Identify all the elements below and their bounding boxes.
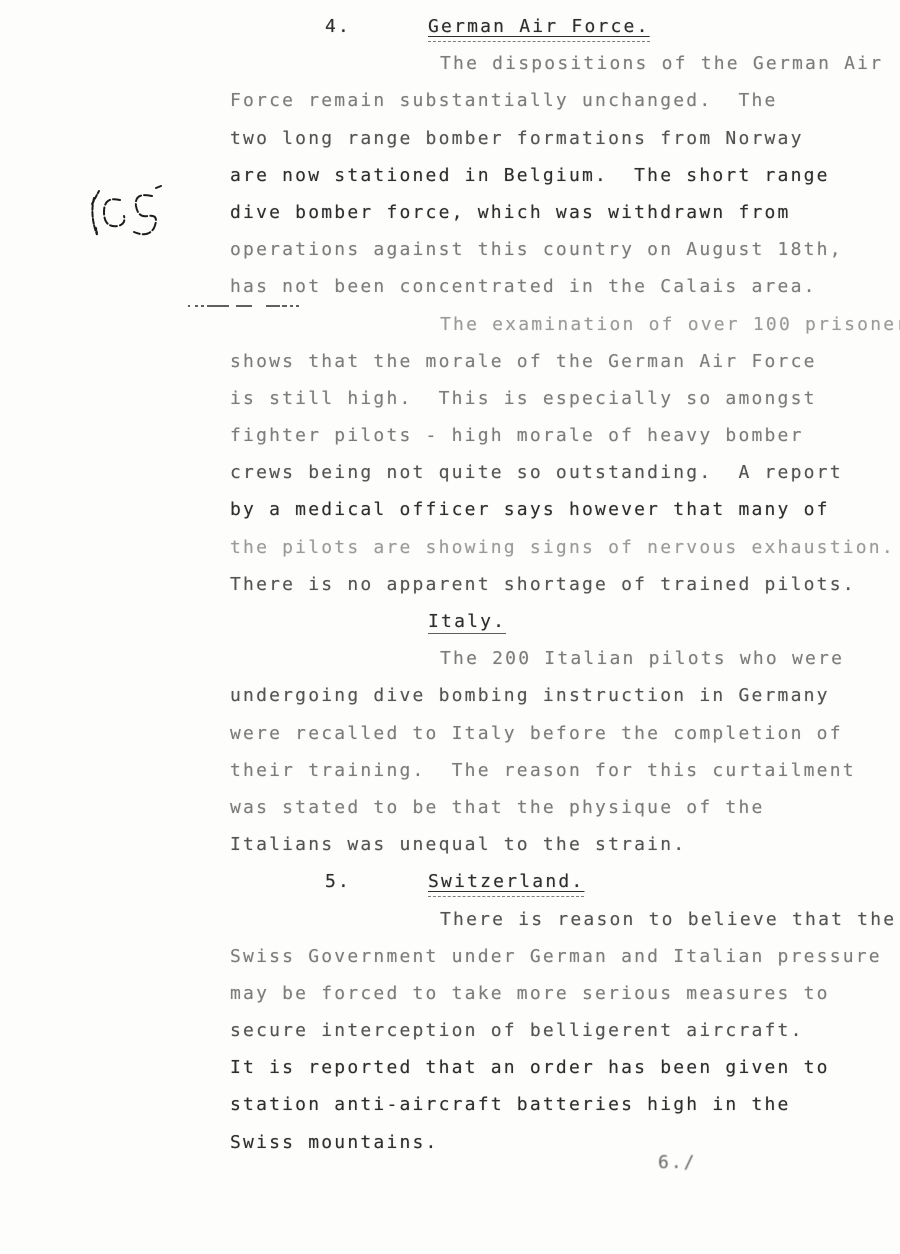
typed-line: are now stationed in Belgium. The short … [230, 165, 890, 202]
section-number: 4. [325, 16, 351, 37]
typed-line: may be forced to take more serious measu… [230, 983, 890, 1020]
typed-line: dive bomber force, which was withdrawn f… [230, 202, 890, 239]
typed-line: The dispositions of the German Air [230, 53, 890, 90]
typed-line: undergoing dive bombing instruction in G… [230, 685, 890, 722]
typed-line: Swiss Government under German and Italia… [230, 946, 890, 983]
typed-line: by a medical officer says however that m… [230, 499, 890, 536]
typed-line: two long range bomber formations from No… [230, 128, 890, 165]
typed-text-block: 4. German Air Force. The dispositions of… [230, 16, 890, 1169]
typed-line: crews being not quite so outstanding. A … [230, 462, 890, 499]
typed-line: Italians was unequal to the strain. [230, 834, 890, 871]
section-title: Switzerland. [428, 871, 584, 897]
section-heading-german-air-force: 4. German Air Force. [230, 16, 890, 53]
typed-line: The 200 Italian pilots who were [230, 648, 890, 685]
section-number: 5. [325, 871, 351, 892]
typed-line: fighter pilots - high morale of heavy bo… [230, 425, 890, 462]
section-heading-italy: Italy. [230, 611, 890, 648]
typed-line: Swiss mountains. [230, 1132, 890, 1169]
typed-line: the pilots are showing signs of nervous … [230, 537, 890, 574]
typed-line: has not been concentrated in the Calais … [230, 276, 890, 313]
typed-line: There is no apparent shortage of trained… [230, 574, 890, 611]
typed-line: secure interception of belligerent aircr… [230, 1020, 890, 1057]
typed-line: Force remain substantially unchanged. Th… [230, 90, 890, 127]
typed-line: operations against this country on Augus… [230, 239, 890, 276]
typed-line: their training. The reason for this curt… [230, 760, 890, 797]
typed-line: shows that the morale of the German Air … [230, 351, 890, 388]
page-catchword: 6./ [658, 1152, 697, 1173]
typed-line: is still high. This is especially so amo… [230, 388, 890, 425]
section-title: Italy. [428, 611, 506, 634]
typed-line: was stated to be that the physique of th… [230, 797, 890, 834]
typed-line: It is reported that an order has been gi… [230, 1057, 890, 1094]
typed-line: were recalled to Italy before the comple… [230, 723, 890, 760]
typed-line: The examination of over 100 prisoners [230, 314, 890, 351]
typed-line: There is reason to believe that the [230, 909, 890, 946]
handwritten-initials-icon [86, 184, 194, 246]
section-title: German Air Force. [428, 16, 650, 42]
typed-line: station anti-aircraft batteries high in … [230, 1094, 890, 1131]
scanned-document-page: 4. German Air Force. The dispositions of… [0, 0, 900, 1254]
section-heading-switzerland: 5. Switzerland. [230, 871, 890, 908]
